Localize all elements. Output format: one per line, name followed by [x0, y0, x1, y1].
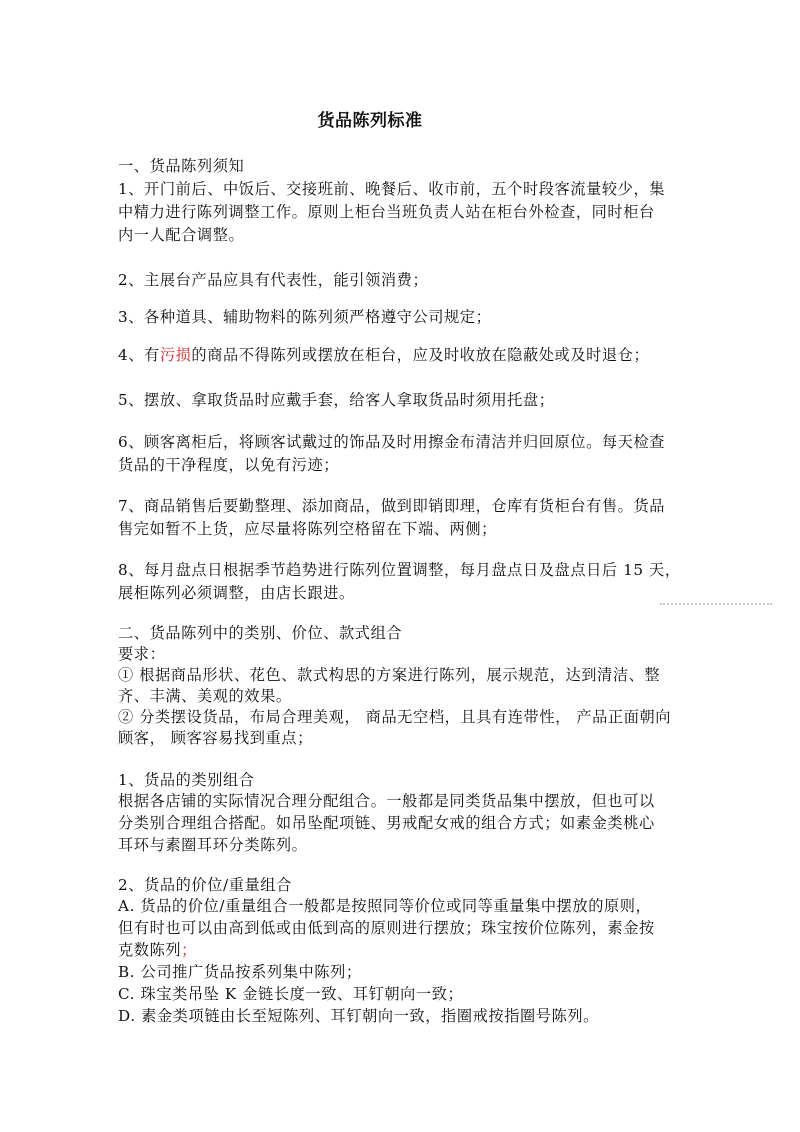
sub1-heading: 1、货品的类别组合 [118, 770, 688, 790]
item4-suffix: 的商品不得陈列或摆放在柜台，应及时收放在隐蔽处或及时退仓； [191, 346, 649, 364]
item3: 3、各种道具、辅助物料的陈列须严格遵守公司规定； [118, 307, 688, 327]
document-page: 货品陈列标准 一、货品陈列须知 1、开门前后、中饭后、交接班前、晚餐后、收市前，… [0, 0, 800, 1132]
section2-heading: 二、货品陈列中的类别、价位、款式组合 [118, 623, 688, 643]
item4-prefix: 4、有 [118, 346, 160, 364]
section1-heading: 一、货品陈列须知 [118, 156, 688, 176]
req2-line1: ② 分类摆设货品，布局合理美观， 商品无空档，且具有连带性， 产品正面朝向 [118, 707, 688, 727]
item1-line1: 1、开门前后、中饭后、交接班前、晚餐后、收市前，五个时段客流量较少，集 [118, 179, 688, 199]
item4-highlight: 污损 [160, 346, 192, 364]
item1-line2: 中精力进行陈列调整工作。原则上柜台当班负责人站在柜台外检查，同时柜台 [118, 202, 688, 222]
item8-line2: 展柜陈列必须调整，由店长跟进。 [118, 583, 688, 603]
itemB: B. 公司推广货品按系列集中陈列； [118, 962, 688, 982]
item1-line3: 内一人配合调整。 [118, 225, 688, 245]
itemA-line2: 但有时也可以由高到低或由低到高的原则进行摆放；珠宝按价位陈列，素金按 [118, 918, 688, 938]
item2: 2、主展台产品应具有代表性，能引领消费； [118, 270, 688, 290]
itemA-last-red: ； [181, 941, 197, 959]
itemA-last-text: 克数陈列 [118, 941, 181, 959]
document-title: 货品陈列标准 [0, 106, 740, 131]
req1-line1: ① 根据商品形状、花色、款式构思的方案进行陈列，展示规范，达到清洁、整 [118, 665, 688, 685]
sub2-heading: 2、货品的价位/重量组合 [118, 875, 688, 895]
itemD: D. 素金类项链由长至短陈列、耳钉朝向一致，指圈戒按指圈号陈列。 [118, 1006, 688, 1026]
item6-line2: 货品的干净程度，以免有污迹； [118, 455, 688, 475]
item7-line1: 7、商品销售后要勤整理、添加商品，做到即销即理，仓库有货柜台有售。货品 [118, 496, 688, 516]
requirements-label: 要求： [118, 644, 688, 664]
req1-line2: 齐、丰满、美观的效果。 [118, 686, 688, 706]
sub1-line3: 耳环与素圈耳环分类陈列。 [118, 835, 688, 855]
itemA-line1: A. 货品的价位/重量组合一般都是按照同等价位或同等重量集中摆放的原则， [118, 896, 688, 916]
sub1-line2: 分类别合理组合搭配。如吊坠配项链、男戒配女戒的组合方式；如素金类桃心 [118, 813, 688, 833]
item8-line1: 8、每月盘点日根据季节趋势进行陈列位置调整，每月盘点日及盘点日后 15 天， [118, 560, 688, 580]
item5: 5、摆放、拿取货品时应戴手套，给客人拿取货品时须用托盘； [118, 390, 688, 410]
itemA-line3: 克数陈列； [118, 940, 688, 960]
sub1-line1: 根据各店铺的实际情况合理分配组合。一般都是同类货品集中摆放，但也可以 [118, 791, 688, 811]
item6-line1: 6、顾客离柜后，将顾客试戴过的饰品及时用擦金布清洁并归回原位。每天检查 [118, 432, 688, 452]
item4: 4、有污损的商品不得陈列或摆放在柜台，应及时收放在隐蔽处或及时退仓； [118, 345, 688, 365]
req2-line2: 顾客， 顾客容易找到重点； [118, 728, 688, 748]
item7-line2: 售完如暂不上货，应尽量将陈列空格留在下端、两侧； [118, 519, 688, 539]
itemC: C. 珠宝类吊坠 K 金链长度一致、耳钉朝向一致； [118, 984, 688, 1004]
dotted-divider [660, 603, 772, 607]
